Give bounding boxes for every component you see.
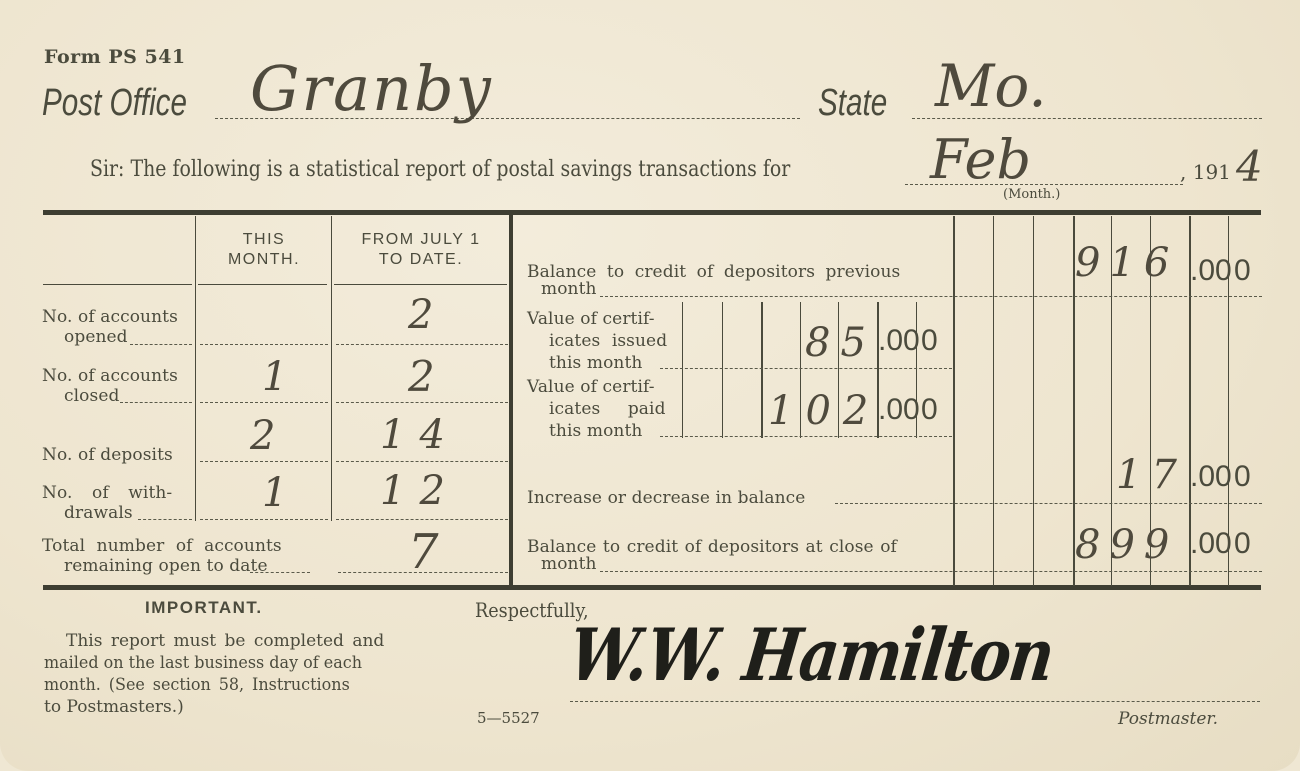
balance-close-dollars[interactable]: 899 <box>1075 522 1178 568</box>
cert-col <box>682 302 683 438</box>
row-dash <box>660 436 952 437</box>
total-accounts-value[interactable]: 7 <box>408 524 439 580</box>
certificates-paid-label: Value of certif- icates paid this month <box>527 376 666 442</box>
label-line1: Total number of accounts <box>42 536 282 556</box>
cert-col <box>761 302 763 438</box>
row-dash <box>600 571 1262 572</box>
important-line2: mailed on the last business day of each <box>44 652 392 674</box>
table-bottom-border <box>43 585 1261 590</box>
post-office-value[interactable]: Granby <box>250 52 493 125</box>
header-underline-2 <box>198 284 327 285</box>
col-divider-this-month <box>331 216 332 521</box>
header-this-month: THIS MONTH. <box>198 230 330 270</box>
row-deposits-label: No. of deposits <box>42 445 173 465</box>
label-line1: No. of accounts <box>42 366 178 386</box>
row-dash <box>336 402 508 403</box>
balance-close-cents: .00 <box>1190 527 1232 561</box>
label-line2: icates paid <box>527 398 666 420</box>
signature[interactable]: W.W. Hamilton <box>565 612 1058 697</box>
month-value[interactable]: Feb <box>930 128 1031 191</box>
header-underline-1 <box>43 284 192 285</box>
intro-text: Sir: The following is a statistical repo… <box>90 157 790 182</box>
row-dash <box>250 572 310 573</box>
header-this-month-line1: THIS <box>198 230 330 250</box>
balance-close-tenths: 0 <box>1234 527 1251 561</box>
row-dash <box>600 296 1262 297</box>
header-underline-3 <box>334 284 507 285</box>
row-dash <box>835 503 1262 504</box>
row-accounts-opened-label: No. of accounts opened <box>42 307 178 347</box>
deposits-to-date[interactable]: 14 <box>380 412 459 458</box>
row-dash <box>200 402 328 403</box>
accounts-opened-to-date[interactable]: 2 <box>408 292 433 338</box>
label-line1: Value of certif- <box>527 376 666 398</box>
table-top-border <box>43 210 1261 215</box>
signature-line <box>570 701 1260 702</box>
postal-savings-report-card: Form PS 541 Post Office Granby State Mo.… <box>0 0 1300 771</box>
increase-decrease-dollars[interactable]: 17 <box>1116 452 1187 498</box>
important-text: This report must be completed and mailed… <box>44 630 414 718</box>
state-label: State <box>818 82 887 125</box>
state-value[interactable]: Mo. <box>935 52 1047 120</box>
ledger-col <box>993 216 994 586</box>
label-line2: icates issued <box>527 330 667 352</box>
withdrawals-to-date[interactable]: 12 <box>380 468 459 514</box>
increase-decrease-tenths: 0 <box>1234 460 1251 494</box>
increase-decrease-label: Increase or decrease in balance <box>527 488 805 508</box>
row-withdrawals-label: No. of with- drawals <box>42 483 172 523</box>
cert-col <box>722 302 723 438</box>
table-center-divider <box>509 214 513 586</box>
row-dash <box>336 344 508 345</box>
withdrawals-this-month[interactable]: 1 <box>262 470 287 516</box>
label-line3: this month <box>527 352 667 374</box>
header-to-date-line1: FROM JULY 1 <box>334 230 508 250</box>
label-line1: No. of deposits <box>42 445 173 465</box>
certificates-paid-tenths: 0 <box>921 393 938 427</box>
label-line1: No. of with- <box>42 483 172 503</box>
post-office-label: Post Office <box>42 82 187 125</box>
accounts-closed-this-month[interactable]: 1 <box>262 354 287 400</box>
label-line1: Value of certif- <box>527 308 667 330</box>
certificates-issued-tenths: 0 <box>921 324 938 358</box>
balance-close-label: Balance to credit of depositors at close… <box>527 537 947 574</box>
row-dash <box>200 519 328 520</box>
row-dash <box>120 402 192 403</box>
row-dash <box>200 461 328 462</box>
important-title: IMPORTANT. <box>145 598 263 618</box>
certificates-issued-cents: .00 <box>878 324 920 358</box>
balance-previous-tenths: 0 <box>1234 254 1251 288</box>
row-dash <box>138 519 192 520</box>
year-suffix[interactable]: 4 <box>1236 142 1263 191</box>
header-to-date-line2: TO DATE. <box>334 250 508 270</box>
total-accounts-label: Total number of accounts remaining open … <box>42 536 282 576</box>
balance-previous-cents: .00 <box>1190 254 1232 288</box>
label-line2: remaining open to date <box>42 556 282 576</box>
row-dash <box>130 344 192 345</box>
important-line3: month. (See section 58, Instructions <box>44 674 392 696</box>
form-number: Form PS 541 <box>44 46 186 68</box>
row-dash <box>660 368 952 369</box>
label-line3: this month <box>527 420 666 442</box>
month-caption: (Month.) <box>1003 187 1060 202</box>
label-line1: No. of accounts <box>42 307 178 327</box>
certificates-issued-label: Value of certif- icates issued this mont… <box>527 308 667 374</box>
closing-respectfully: Respectfully, <box>475 598 589 622</box>
increase-decrease-cents: .00 <box>1190 460 1232 494</box>
row-dash <box>200 344 328 345</box>
accounts-closed-to-date[interactable]: 2 <box>408 352 435 401</box>
label-line1: Increase or decrease in balance <box>527 488 805 508</box>
ledger-col <box>953 216 955 586</box>
certificates-issued-dollars[interactable]: 85 <box>805 320 876 366</box>
certificates-paid-dollars[interactable]: 102 <box>768 388 880 434</box>
print-code: 5—5527 <box>477 709 540 727</box>
col-divider-label <box>195 216 196 521</box>
important-line1: This report must be completed and <box>44 630 414 652</box>
important-line4: to Postmasters.) <box>44 696 414 718</box>
header-this-month-line2: MONTH. <box>198 250 330 270</box>
ledger-col <box>1033 216 1034 586</box>
certificates-paid-cents: .00 <box>878 393 920 427</box>
label-line2: closed <box>42 386 178 406</box>
row-dash <box>336 461 508 462</box>
balance-previous-label: Balance to credit of depositors previous… <box>527 262 947 299</box>
label-line2: drawals <box>42 503 172 523</box>
row-dash <box>336 519 508 520</box>
balance-previous-dollars[interactable]: 916 <box>1075 240 1178 286</box>
header-to-date: FROM JULY 1 TO DATE. <box>334 230 508 270</box>
deposits-this-month[interactable]: 2 <box>250 413 275 459</box>
row-accounts-closed-label: No. of accounts closed <box>42 366 178 406</box>
signer-title: Postmaster. <box>1118 709 1218 729</box>
year-prefix: , 191 <box>1180 160 1231 184</box>
